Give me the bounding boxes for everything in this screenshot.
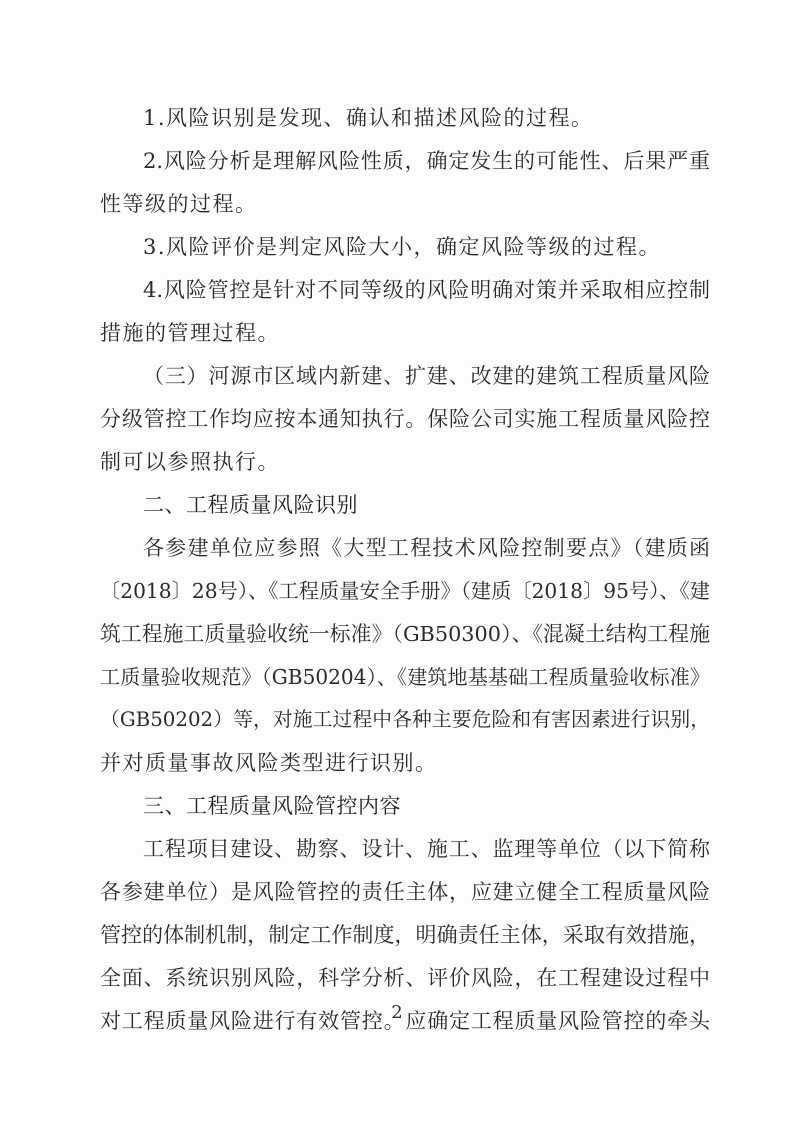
text-line: （三）河源市区域内新建、扩建、改建的建筑工程质量风险 bbox=[143, 361, 710, 391]
text-line: 〔2018〕28号）、《工程质量安全手册》（建质〔2018〕95号）、《建 bbox=[100, 576, 710, 606]
text-line: 工程项目建设、勘察、设计、施工、监理等单位（以下简称 bbox=[143, 834, 710, 864]
text-line: 3.风险评价是判定风险大小，确定风险等级的过程。 bbox=[143, 232, 710, 262]
text-line: 管控的体制机制，制定工作制度，明确责任主体，采取有效措施， bbox=[100, 920, 710, 950]
text-line: 筑工程施工质量验收统一标准》（GB50300）、《混凝土结构工程施 bbox=[100, 619, 710, 649]
document-page: 1.风险识别是发现、确认和描述风险的过程。 2.风险分析是理解风险性质，确定发生… bbox=[0, 0, 794, 1123]
text-line: 制可以参照执行。 bbox=[100, 447, 710, 477]
page-number: 2 bbox=[0, 1002, 794, 1023]
section-heading: 三、工程质量风险管控内容 bbox=[143, 791, 710, 821]
text-line: 分级管控工作均应按本通知执行。保险公司实施工程质量风险控 bbox=[100, 404, 710, 434]
text-line: 措施的管理过程。 bbox=[100, 318, 710, 348]
text-line: 工质量验收规范》（GB50204）、《建筑地基基础工程质量验收标准》 bbox=[100, 662, 710, 692]
text-line: 2.风险分析是理解风险性质，确定发生的可能性、后果严重 bbox=[143, 146, 710, 176]
text-line: 1.风险识别是发现、确认和描述风险的过程。 bbox=[143, 103, 710, 133]
text-line: 4.风险管控是针对不同等级的风险明确对策并采取相应控制 bbox=[143, 275, 710, 305]
text-line: （GB50202）等，对施工过程中各种主要危险和有害因素进行识别， bbox=[100, 705, 710, 735]
section-heading: 二、工程质量风险识别 bbox=[143, 490, 710, 520]
text-line: 并对质量事故风险类型进行识别。 bbox=[100, 748, 710, 778]
text-line: 性等级的过程。 bbox=[100, 189, 710, 219]
text-line: 各参建单位应参照《大型工程技术风险控制要点》（建质函 bbox=[143, 533, 710, 563]
text-line: 各参建单位）是风险管控的责任主体，应建立健全工程质量风险 bbox=[100, 877, 710, 907]
text-line: 全面、系统识别风险，科学分析、评价风险，在工程建设过程中 bbox=[100, 963, 710, 993]
